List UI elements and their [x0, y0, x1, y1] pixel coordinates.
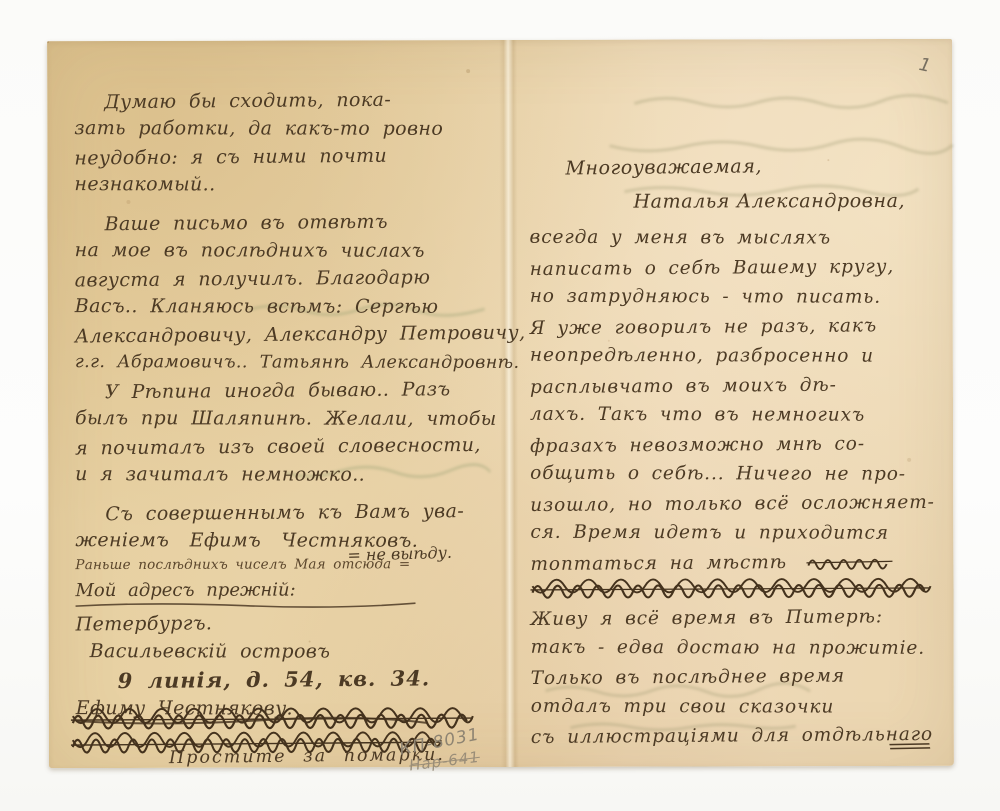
handwritten-line: и я зачиталъ немножко.. [75, 460, 521, 489]
page-number-pencil: 1 [917, 54, 933, 77]
handwritten-line: всегда у меня въ мысляхъ [530, 223, 960, 254]
ghost-bleedthrough-line [632, 91, 952, 112]
scribbled-out-word [807, 553, 895, 572]
handwritten-line: я почиталъ изъ своей словесности, [75, 431, 521, 463]
letter-sheet: Думаю бы сходить, пока- зать работки, да… [47, 39, 954, 768]
handwritten-line: незнакомый.. [74, 170, 520, 199]
handwritten-line: г.г. Абрамовичъ.. Татьянѣ Александровнѣ. [75, 348, 521, 377]
handwritten-line: отдалъ три свои сказочки [531, 691, 961, 722]
handwritten-line: на мое въ послѣднихъ числахъ [75, 236, 521, 265]
handwritten-line: Ваше письмо въ отвѣтъ [74, 207, 520, 239]
handwritten-line: Я уже говорилъ не разъ, какъ [530, 310, 960, 343]
handwritten-line: топтаться на мѣстѣ [530, 546, 960, 579]
paper-foxing-specks [47, 41, 49, 43]
handwritten-line: неудобно: я съ ними почти [74, 141, 520, 173]
handwritten-line: Только въ послѣднее время [531, 661, 961, 694]
handwritten-line: ся. Время идетъ и приходится [530, 518, 960, 549]
address-line: 9 линія, д. 54, кв. 34. [76, 664, 522, 696]
handwritten-line: былъ при Шаляпинѣ. Желали, чтобы [75, 404, 521, 433]
scribbled-out-line-row [530, 577, 960, 604]
scribbled-out-line [530, 577, 932, 602]
address-line: Петербургъ. [75, 607, 521, 639]
handwritten-line: лахъ. Такъ что въ немногихъ [530, 400, 960, 431]
scan-background: Думаю бы сходить, пока- зать работки, да… [0, 0, 1000, 811]
handwritten-line: У Рѣпина иногда бываю.. Разъ [75, 375, 521, 407]
scribbled-out-line [71, 706, 475, 733]
handwritten-line: изошло, но только всё осложняет- [530, 487, 960, 520]
handwritten-line: Васъ.. Кланяюсь всѣмъ: Сергѣю [75, 292, 521, 321]
handwritten-line-text: топтаться на мѣстѣ [530, 552, 787, 575]
address-line: Васильевскій островъ [76, 637, 522, 666]
handwritten-line: фразахъ невозможно мнѣ со- [530, 428, 960, 461]
handwritten-line: неопредѣленно, разбросенно и [530, 341, 960, 372]
handwritten-line: зать работки, да какъ-то ровно [74, 114, 520, 143]
salutation-line: Многоуважаемая, [565, 149, 959, 187]
handwritten-line: написать о себѣ Вашему кругу, [530, 251, 960, 284]
right-page: Многоуважаемая, Наталья Александровна, в… [529, 151, 961, 752]
handwritten-line: Думаю бы сходить, пока- [74, 85, 520, 117]
address-heading: Мой адресъ прежній: [75, 576, 521, 609]
signature-line: женіемъ Ефимъ Честняковъ. [75, 526, 521, 555]
margin-note: Раньше послѣднихъ чиселъ Мая отсюда = [75, 554, 521, 577]
handwritten-line: августа я получилъ. Благодарю [75, 263, 521, 295]
handwritten-line: Съ совершеннымъ къ Вамъ ува- [75, 497, 521, 529]
handwritten-line: общить о себѣ... Ничего не про- [530, 459, 960, 490]
salutation-line: Наталья Александровна, [633, 185, 959, 224]
left-page: Думаю бы сходить, пока- зать работки, да… [74, 86, 522, 723]
end-mark: = [881, 733, 939, 758]
address-heading-text: Мой адресъ прежній: [75, 580, 295, 602]
handwritten-line: Живу я всё время въ Питерѣ: [530, 602, 960, 635]
handwritten-line: расплывчато въ моихъ дѣ- [530, 369, 960, 402]
handwritten-line: такъ - едва достаю на прожитіе. [531, 632, 961, 663]
handwritten-line: но затрудняюсь - что писать. [530, 282, 960, 313]
handwritten-line: Александровичу, Александру Петровичу, [75, 319, 521, 351]
margin-note-continuation: = не выѣду. [347, 543, 452, 565]
